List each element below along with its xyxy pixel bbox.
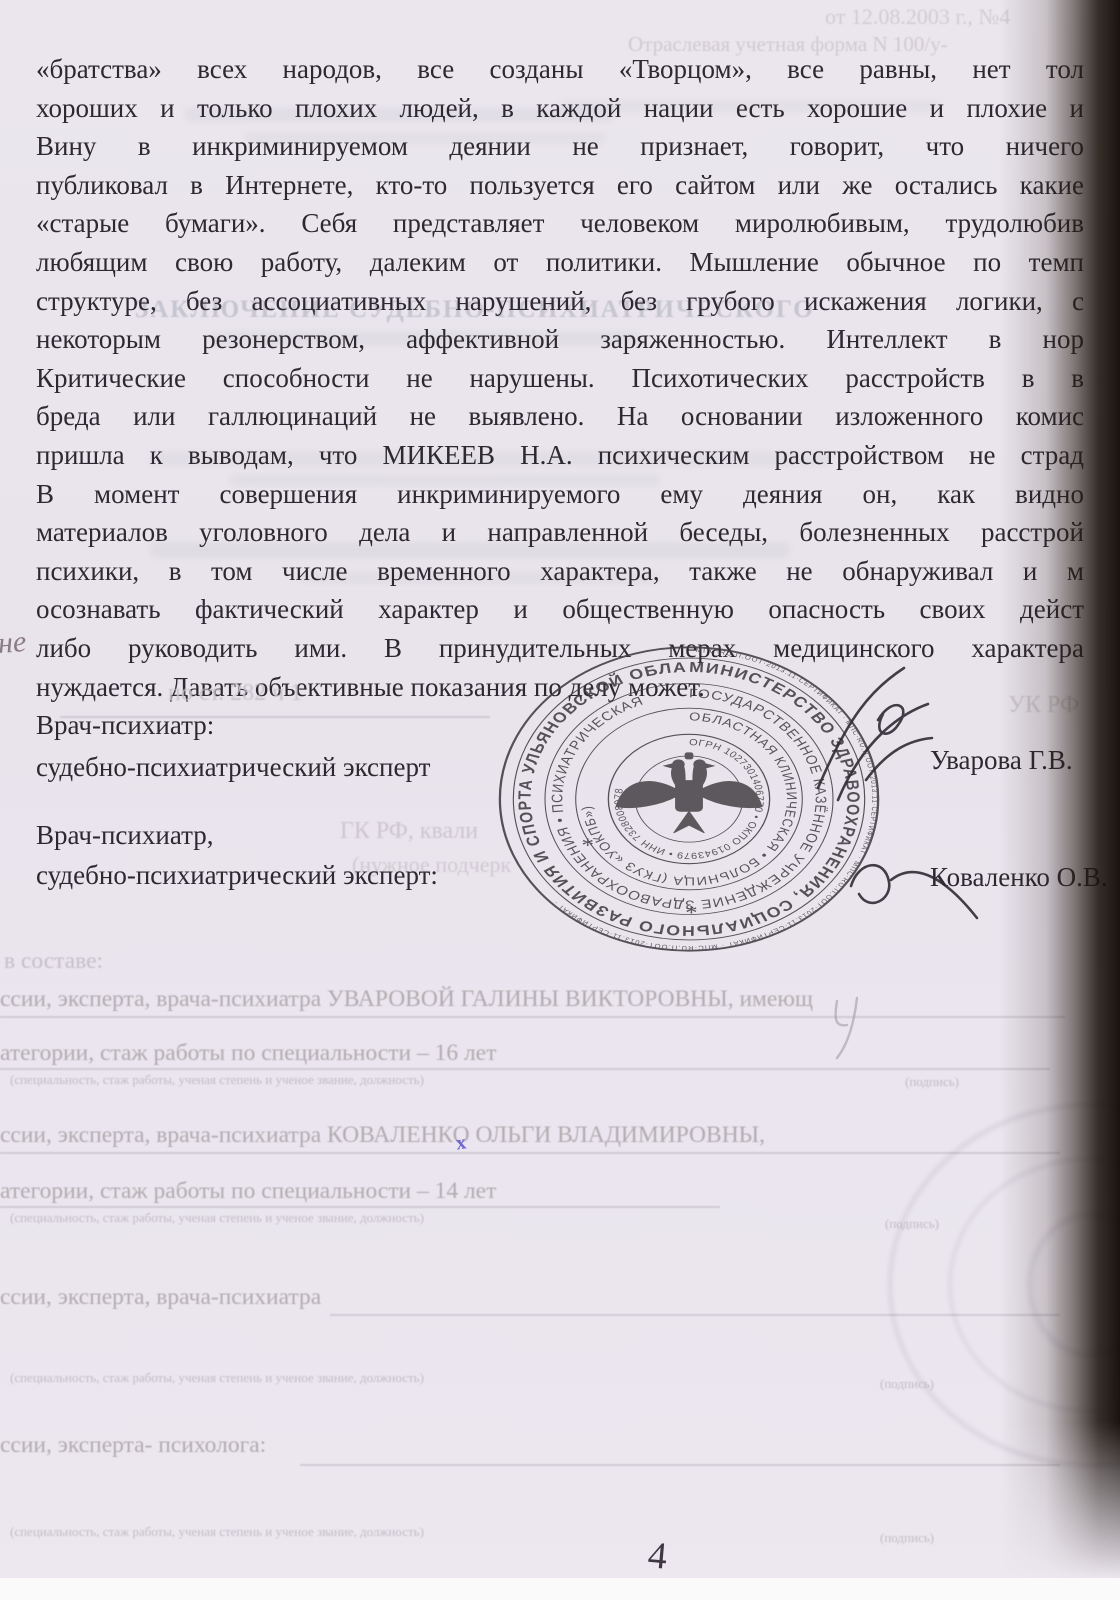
- text-line: Вину в инкриминируемом деянии не признае…: [36, 127, 1084, 166]
- text-line: публиковал в Интернете, кто-то пользуетс…: [36, 166, 1084, 205]
- scanned-document-page: от 12.08.2003 г., №4 Отраслевая учетная …: [0, 0, 1120, 1600]
- text-line: пришла к выводам, что МИКЕЕВ Н.А. психич…: [36, 436, 1084, 475]
- signature-scribble-kovalenko: [845, 838, 985, 933]
- bleed-signature-mark: [825, 995, 875, 1065]
- text-line: осознавать фактический характер и общест…: [36, 590, 1084, 629]
- scan-bottom-edge: [0, 1578, 1120, 1600]
- signature-role-1b: судебно-психиатрический эксперт: [36, 752, 430, 783]
- bleed-expert2: ссии, эксперта, врача-психиатра КОВАЛЕНК…: [0, 1122, 765, 1149]
- bleed-expert1: ссии, эксперта, врача-психиатра УВАРОВОЙ…: [0, 986, 813, 1013]
- bleed-expert3: ссии, эксперта, врача-психиатра: [0, 1284, 321, 1311]
- text-line: структуре, без ассоциативных нарушений, …: [36, 282, 1084, 321]
- text-line: В момент совершения инкриминируемого ему…: [36, 475, 1084, 514]
- seal-star-left: *: [581, 834, 593, 856]
- signature-role-2a: Врач-психиатр,: [36, 820, 213, 851]
- text-line: любящим свою работу, далеким от политики…: [36, 243, 1084, 282]
- bleed-underline: [0, 1206, 720, 1208]
- bleed-underline: [0, 1068, 1050, 1070]
- bleed-stazh1: атегории, стаж работы по специальности –…: [0, 1040, 496, 1067]
- bleed-podpis: (подпись): [905, 1074, 959, 1090]
- text-line: Критические способности не нарушены. Пси…: [36, 359, 1084, 398]
- text-line: бреда или галлюцинаций не выявлено. На о…: [36, 397, 1084, 436]
- body-text: «братства» всех народов, все созданы «Тв…: [36, 50, 1084, 706]
- page-number: 4: [646, 1533, 669, 1578]
- bleed-top-date: от 12.08.2003 г., №4: [825, 4, 1010, 30]
- signature-role-1a: Врач-психиатр:: [36, 710, 214, 741]
- text-line: «старые бумаги». Себя представляет челов…: [36, 204, 1084, 243]
- signature-role-2b: судебно-психиатрический эксперт:: [36, 860, 438, 891]
- bleed-caption: (специальность, стаж работы, ученая степ…: [10, 1524, 424, 1540]
- bleed-caption: (специальность, стаж работы, ученая степ…: [10, 1210, 424, 1226]
- bleed-stazh2: атегории, стаж работы по специальности –…: [0, 1178, 496, 1205]
- signature-scribble-uvarova: [808, 658, 940, 810]
- bleed-underline: [0, 1016, 1065, 1018]
- bleed-article: по ст. 282 ч 1: [168, 680, 302, 707]
- bleed-gk-rf: ГК РФ, квали: [340, 818, 478, 845]
- bleed-caption: (специальность, стаж работы, ученая степ…: [10, 1370, 424, 1386]
- text-line: «братства» всех народов, все созданы «Тв…: [36, 50, 1084, 89]
- bleed-expert4: ссии, эксперта- психолога:: [0, 1432, 266, 1459]
- text-line: хороших и только плохих людей, в каждой …: [36, 89, 1084, 128]
- text-line: некоторым резонерством, аффективной заря…: [36, 320, 1084, 359]
- text-line: материалов уголовного дела и направленно…: [36, 513, 1084, 552]
- handwritten-margin-note: не: [0, 625, 27, 661]
- bleed-caption: (специальность, стаж работы, ученая степ…: [10, 1072, 424, 1088]
- bleed-sostav: в составе:: [4, 948, 103, 975]
- seal-star-bottom: *: [685, 901, 697, 923]
- bleed-podpis: (подпись): [880, 1530, 934, 1546]
- text-line: психики, в том числе временного характер…: [36, 552, 1084, 591]
- book-spine-shadow: [1000, 0, 1120, 1580]
